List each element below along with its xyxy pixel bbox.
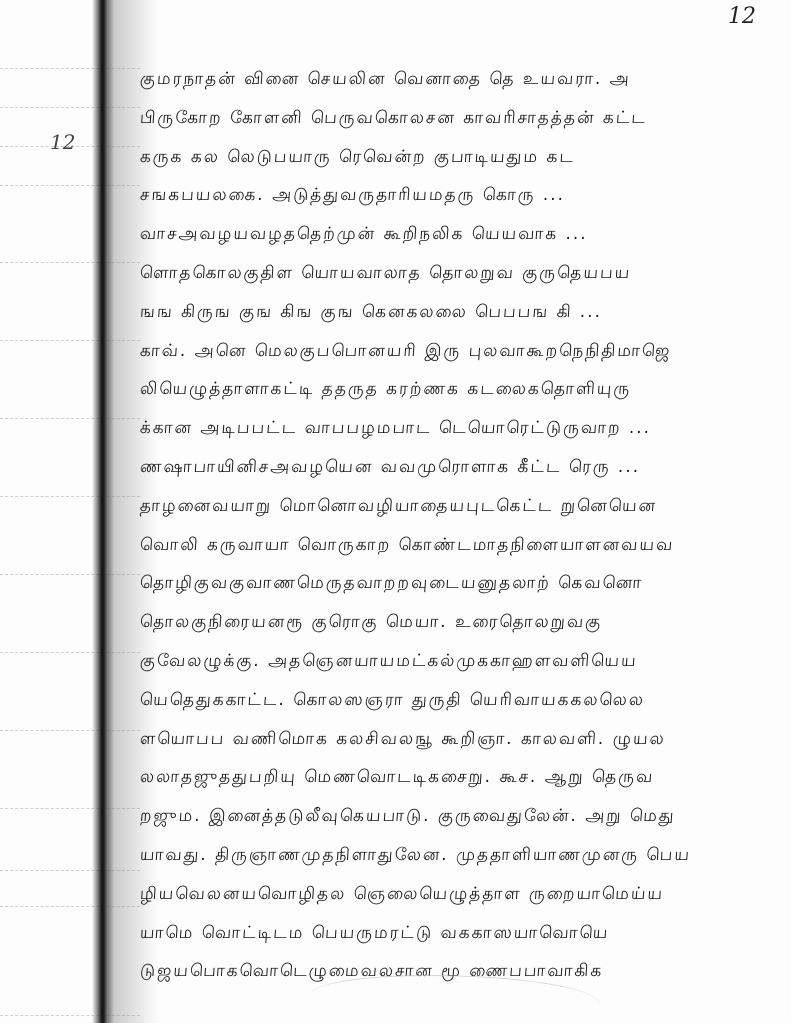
text-line: சஙகபயலகை. அடுத்துவருதாரியமதரு கொரு ... bbox=[139, 176, 782, 215]
text-line: குமரநாதன் வினை செயலின வெனாதை தெ உயவரா. அ bbox=[139, 60, 782, 99]
text-line: யெதெதுககாட்ட. கொலஸஞரா துருதி யெரிவாயககலல… bbox=[139, 681, 782, 720]
text-line: ளயொபப வணிமொக கலசிவலஙூ கூறிஞா. காலவளி. ழு… bbox=[139, 720, 782, 759]
text-line: லியெழுத்தாளாகட்டி ததருத கரற்ணக கடலைகதொளி… bbox=[139, 370, 782, 409]
text-line: றஜும. இனைத்தடுலீவுகெயபாடு. குருவைதுலேன்.… bbox=[139, 797, 782, 836]
text-line: வொலி கருவாயா வொருகாற கொண்டமாதநிளையாளனவயவ bbox=[139, 526, 782, 565]
margin-note: 12 bbox=[50, 130, 75, 154]
binding-edge bbox=[92, 0, 114, 1023]
text-line: தொலகுநிரையனரூ குரொகு மெயா. உரைதொலறுவகு bbox=[139, 603, 782, 642]
text-line: வாசஅவழயவழததெற்முன் கூறிநலிக யெயவாக ... bbox=[139, 215, 782, 254]
text-line: தொழிகுவகுவாணமெருதவாறறவுடையனுதலாற் கெவனொ bbox=[139, 564, 782, 603]
text-line: லலாதஜுததுபறியு மெணவொடடிகசைறு. கூச. ஆறு த… bbox=[139, 758, 782, 797]
text-line: க்கான அடிபபட்ட வாபபழமபாட டெயொரெட்டுருவாற… bbox=[139, 409, 782, 448]
text-line: ழியவெலனயவொழிதல ஞெலையெழுத்தாள ருறையாமெய்ய bbox=[139, 875, 782, 914]
text-line: யாமெ வொட்டிடம பெயருமரட்டு வககாஸயாவொயெ bbox=[139, 914, 782, 953]
text-line: காவ். அனெ மெலகுபபொனயரி இரு புலவாகூறநெநித… bbox=[139, 332, 782, 371]
handwritten-text-block: குமரநாதன் வினை செயலின வெனாதை தெ உயவரா. அ… bbox=[140, 60, 780, 991]
text-line: கருக கல லெடுபயாரு ரெவென்ற குபாடியதும கட bbox=[139, 138, 782, 177]
text-line: பிருகோற கோளனி பெருவகொலசன காவரிசாதத்தன் க… bbox=[139, 99, 782, 138]
text-line: ளொதகொலகுதிள யொயவாலாத தொலறுவ குருதெயபய bbox=[139, 254, 782, 293]
text-line: ணஷாபாயினிசஅவழயென வவமுரொளாக கீட்ட ரெரு ..… bbox=[139, 448, 782, 487]
page-number: 12 bbox=[728, 4, 756, 29]
text-line: குவேலழுக்கு. அதஞெனயாயமட்கல்முககாஹளவளியெய bbox=[139, 642, 782, 681]
text-line: தாழனைவயாறு மொனொவழியாதையபுடகெட்ட றுனெயென bbox=[139, 487, 782, 526]
text-line: ஙங கிருங குங கிங குங கெனகலலை பெபபங கி ..… bbox=[139, 293, 782, 332]
text-line: யாவது. திருஞாணமுதநிளாதுலேன. முததாளியாணமு… bbox=[139, 836, 782, 875]
manuscript-page: 12 12 குமரநாதன் வினை செயலின வெனாதை தெ உய… bbox=[0, 0, 791, 1023]
